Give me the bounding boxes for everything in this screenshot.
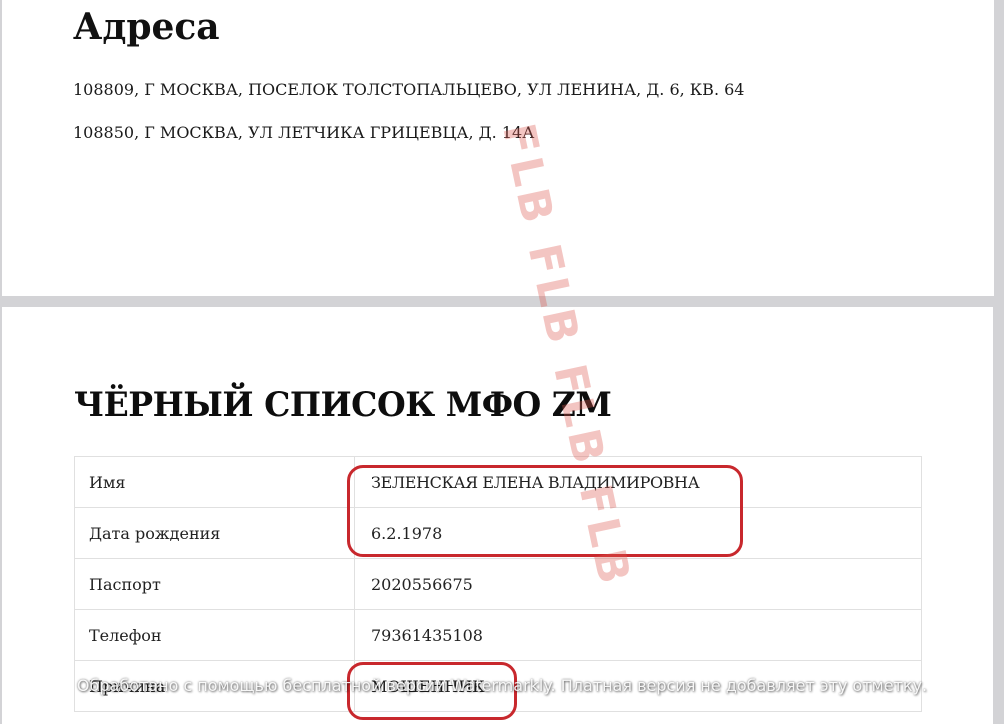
row-value-phone: 79361435108: [355, 610, 922, 661]
row-label-birthdate: Дата рождения: [75, 508, 355, 559]
name-value: ЗЕЛЕНСКАЯ ЕЛЕНА ВЛАДИМИРОВНА: [371, 473, 699, 492]
table-row: Дата рождения 6.2.1978: [75, 508, 922, 559]
row-value-reason: МОШЕННИК: [355, 661, 922, 712]
address-line: 108850, Г МОСКВА, УЛ ЛЕТЧИКА ГРИЦЕВЦА, Д…: [73, 123, 534, 142]
table-row: Паспорт 2020556675: [75, 559, 922, 610]
row-label-phone: Телефон: [75, 610, 355, 661]
addresses-section: Адреса 108809, Г МОСКВА, ПОСЕЛОК ТОЛСТОП…: [2, 0, 994, 296]
row-value-birthdate: 6.2.1978: [355, 508, 922, 559]
table-row: Имя ЗЕЛЕНСКАЯ ЕЛЕНА ВЛАДИМИРОВНА: [75, 457, 922, 508]
row-label-reason: Причина: [75, 661, 355, 712]
row-label-passport: Паспорт: [75, 559, 355, 610]
blacklist-table: Имя ЗЕЛЕНСКАЯ ЕЛЕНА ВЛАДИМИРОВНА Дата ро…: [74, 456, 922, 712]
table-row: Телефон 79361435108: [75, 610, 922, 661]
address-line: 108809, Г МОСКВА, ПОСЕЛОК ТОЛСТОПАЛЬЦЕВО…: [73, 80, 744, 99]
row-value-name: ЗЕЛЕНСКАЯ ЕЛЕНА ВЛАДИМИРОВНА: [355, 457, 922, 508]
row-label-name: Имя: [75, 457, 355, 508]
addresses-heading: Адреса: [73, 6, 220, 48]
blacklist-heading: ЧЁРНЫЙ СПИСОК МФО ZM: [74, 385, 611, 425]
blacklist-section: ЧЁРНЫЙ СПИСОК МФО ZM Имя ЗЕЛЕНСКАЯ ЕЛЕНА…: [2, 307, 993, 724]
row-value-passport: 2020556675: [355, 559, 922, 610]
table-row: Причина МОШЕННИК: [75, 661, 922, 712]
